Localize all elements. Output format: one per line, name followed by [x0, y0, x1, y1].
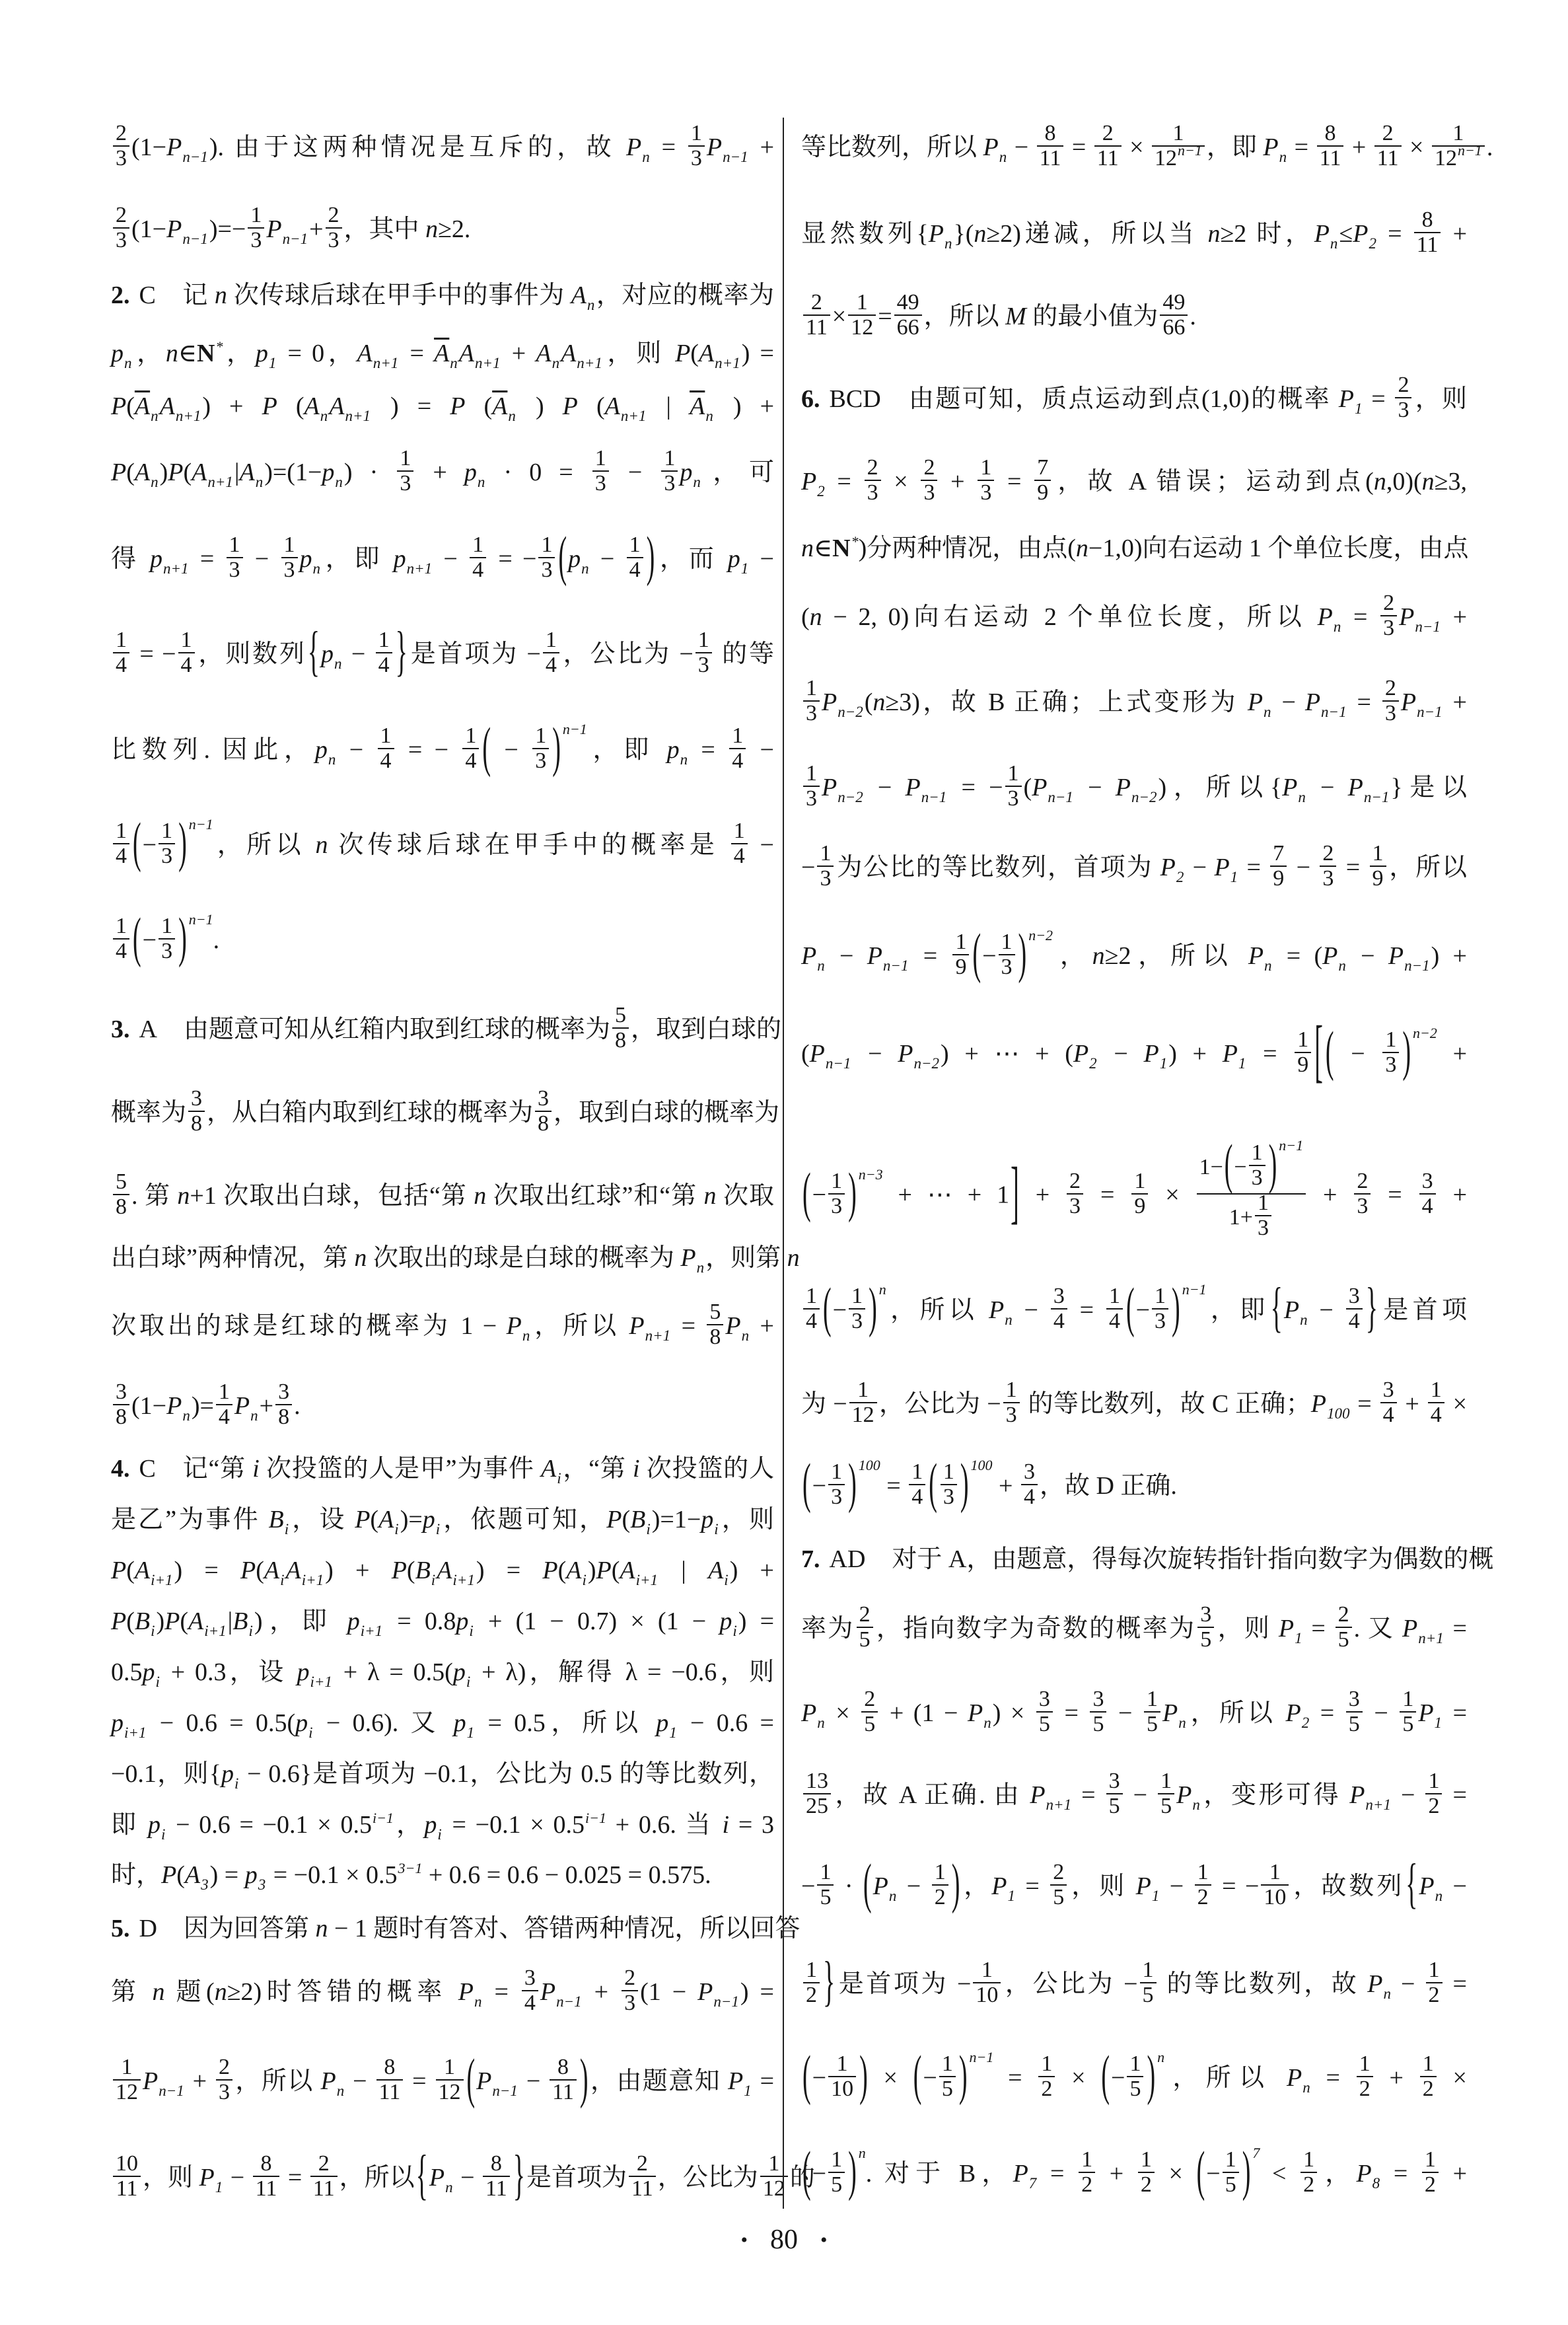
text-run: ，故 A 错误；运动到点( — [1053, 468, 1374, 496]
fraction-denominator: 3 — [688, 147, 705, 170]
text-run: − — [1098, 1040, 1144, 1068]
fraction-numerator: 3 — [275, 1381, 292, 1405]
subscript: n−1 — [1417, 704, 1443, 720]
fraction-denominator: 5 — [861, 1713, 878, 1736]
text-run: ，所以 — [1188, 1699, 1286, 1727]
text-run: (1− — [131, 1392, 166, 1420]
fraction-denominator: 4 — [1051, 1310, 1067, 1333]
text-run: = — [190, 545, 225, 573]
math-variable: P — [476, 2067, 491, 2095]
text-run: ，而 — [656, 545, 728, 573]
math-fraction: 211 — [629, 2153, 656, 2200]
fraction-denominator: 3 — [113, 229, 129, 252]
math-variable: n — [873, 688, 885, 716]
question-number: 3. — [111, 1015, 130, 1043]
overlined-variable: A — [135, 392, 150, 420]
math-variable: A — [620, 1557, 635, 1584]
fraction-denominator: 5 — [1336, 1628, 1352, 1651]
text-run: ≥3, — [1435, 468, 1467, 496]
text-run: = — [651, 133, 686, 161]
text-run: − — [801, 854, 815, 881]
text-line: n∈N*)分两种情况，由点(n−1,0)向右运动 1 个单位长度，由点 — [801, 509, 1467, 588]
math-variable: A — [264, 1557, 279, 1584]
text-run: ，即 — [587, 736, 667, 764]
fraction-denominator: 10 — [973, 1983, 1001, 2007]
fraction-numerator: 3 — [1106, 1770, 1123, 1794]
text-run: 由题可知，质点运动到点(1,0)的概率 — [908, 385, 1339, 413]
math-variable: P — [991, 1872, 1007, 1900]
text-run: + — [1345, 133, 1372, 161]
delimiter: ( — [802, 1456, 811, 1512]
text-run: = − — [948, 774, 1003, 801]
fraction-denominator: 3 — [817, 867, 834, 890]
math-variable: n — [1374, 468, 1386, 496]
math-fraction: 14 — [543, 629, 559, 677]
math-variable: P — [1032, 774, 1047, 801]
math-fraction: 23 — [113, 204, 129, 252]
math-variable: P — [199, 2164, 215, 2192]
math-fraction: 811 — [376, 2056, 404, 2104]
text-run: − — [898, 1872, 929, 1900]
text-run: + — [993, 1472, 1019, 1500]
text-run: = −0.1 × 0.5 — [443, 1811, 585, 1839]
math-fraction: 13 — [159, 915, 175, 963]
fraction-denominator: 3 — [1380, 616, 1397, 640]
text-run: = — [1016, 1872, 1048, 1900]
text-run: 次取出的球是白球的概率为 — [367, 1244, 680, 1272]
subscript: 2 — [1176, 869, 1184, 885]
math-fraction: 811 — [253, 2153, 280, 2200]
subscript: n+1 — [645, 1327, 671, 1344]
delimiter: ) — [1242, 2144, 1251, 2199]
text-run: − — [519, 2067, 548, 2095]
fraction-numerator: 3 — [1380, 1379, 1397, 1403]
math-variable: P — [161, 1861, 176, 1889]
text-run: 出白球”两种情况，第 — [111, 1244, 354, 1272]
text-run: ) = — [210, 1861, 245, 1889]
math-variable: n — [474, 1182, 486, 1210]
text-run: 即 — [111, 1811, 148, 1839]
text-run: − — [1273, 688, 1305, 716]
text-run: ) = — [740, 1978, 774, 2006]
text-run: ，故 A 正确. 由 — [833, 1781, 1030, 1809]
math-fraction: 13 — [828, 1461, 845, 1508]
math-variable: B — [135, 1607, 150, 1635]
text-run: = — [1342, 603, 1378, 631]
text-run: − — [982, 942, 996, 970]
fraction-denominator: 12 — [849, 1403, 877, 1426]
math-variable: P — [898, 1040, 913, 1068]
text-run: + λ = 0.5( — [334, 1658, 453, 1686]
question-number: 7. — [801, 1545, 820, 1573]
fraction-numerator: 1 — [216, 1381, 232, 1405]
math-fraction: 13 — [695, 629, 712, 677]
delimiter: ) — [848, 1456, 857, 1512]
text-run: = — [400, 340, 434, 367]
text-line: (n − 2, 0)向右运动 2 个单位长度，所以 Pn = 23Pn−1 + — [801, 577, 1467, 657]
fraction-denominator: 4 — [1106, 1310, 1123, 1333]
math-variable: P — [1318, 603, 1333, 631]
subscript: n — [581, 560, 589, 577]
text-run: − — [812, 1472, 826, 1500]
delimiter: ) — [1172, 1280, 1180, 1336]
math-fraction: 23 — [865, 457, 881, 504]
math-fraction: 23 — [1067, 1170, 1083, 1218]
math-variable: P — [697, 1978, 713, 2006]
text-run: − 0.6). 又 — [314, 1709, 454, 1737]
math-variable: P — [266, 215, 281, 243]
text-run: − — [590, 545, 625, 573]
delimiter: ) — [647, 529, 655, 585]
text-run: × — [1150, 1181, 1194, 1209]
text-run: (1− — [131, 133, 166, 161]
bracket-delimiter: ] — [1011, 1158, 1019, 1228]
text-line: 3.A由题意可知从红箱内取到红球的概率为58，取到白球的 — [111, 990, 774, 1069]
text-run: − — [143, 926, 157, 954]
fraction-numerator: 1 — [376, 629, 392, 653]
text-run: ，公比为 − — [561, 640, 694, 668]
fraction-denominator: 4 — [522, 1991, 538, 2014]
math-variable: n — [153, 1978, 165, 2006]
math-variable: n — [425, 215, 438, 243]
fraction-denominator: 11 — [253, 2177, 280, 2200]
text-run: − — [833, 1296, 847, 1324]
text-run: )=− — [209, 215, 246, 243]
fraction-denominator: 9 — [1295, 1053, 1311, 1076]
delimiter: ) — [1147, 2048, 1155, 2104]
math-fraction: 811 — [1414, 209, 1441, 256]
fraction-denominator: 11 — [1317, 147, 1344, 170]
math-variable: P — [1402, 1615, 1417, 1642]
fraction-numerator: 1 — [1106, 1285, 1123, 1310]
exponent: 100 — [971, 1457, 993, 1473]
left-column: 23(1−Pn−1). 由于这两种情况是互斥的，故 Pn = 13Pn−1 +2… — [111, 0, 774, 2325]
text-run: − — [1336, 1040, 1381, 1068]
exponent: n−3 — [859, 1166, 883, 1183]
subscript: n — [705, 408, 713, 424]
subscript: n — [151, 408, 159, 424]
page-number-right-dot: • — [820, 2229, 828, 2251]
fraction-denominator: 2 — [1422, 2173, 1439, 2196]
text-run: = — [996, 468, 1032, 496]
text-line: 6.BCD由题可知，质点运动到点(1,0)的概率 P1 = 23，则 — [801, 359, 1467, 439]
text-run: )，即 — [254, 1607, 347, 1635]
text-line: 比数列. 因此，pn − 14 = − 14( − 13)n−1，即 pn = … — [111, 710, 774, 790]
math-variable: A — [378, 1506, 394, 1533]
math-variable: i — [723, 1811, 730, 1839]
text-run: = 0， — [277, 340, 357, 367]
exponent: n−1 — [1279, 1137, 1303, 1154]
text-line: Pn × 25 + (1 − Pn) × 35 = 35 − 15Pn，所以 P… — [801, 1674, 1467, 1753]
fraction-denominator: 8 — [535, 1112, 552, 1135]
fraction-denominator: 3 — [695, 653, 712, 677]
text-run: )=(1− — [264, 459, 322, 486]
exponent: n−1 — [189, 816, 213, 832]
math-fraction: 35 — [1106, 1770, 1123, 1818]
fraction-denominator: 1+13 — [1197, 1195, 1306, 1243]
text-run: 比数列. 因此， — [111, 736, 315, 764]
fraction-numerator: 2 — [1050, 1861, 1067, 1886]
fraction-numerator: 5 — [113, 1171, 129, 1195]
fraction-denominator: 4 — [627, 558, 643, 581]
fraction-denominator: 25 — [803, 1794, 831, 1818]
answer-choice: A — [139, 1015, 157, 1043]
fraction-numerator: 1 — [1138, 2149, 1155, 2173]
fraction-denominator: 3 — [227, 558, 243, 581]
text-run: )= — [400, 1506, 423, 1533]
fraction-numerator: 8 — [253, 2153, 280, 2177]
fraction-numerator: 2 — [1395, 374, 1411, 398]
delimiter: ( — [823, 1280, 832, 1336]
math-variable: i — [633, 1455, 640, 1483]
text-line: 13Pn−2(n≥3)，故 B 正确；上式变形为 Pn − Pn−1 = 23P… — [801, 663, 1467, 742]
text-line: 第 n 题(n≥2)时答错的概率 Pn = 34Pn−1 + 23(1 − Pn… — [111, 1952, 774, 2032]
text-run: ( — [622, 1506, 630, 1533]
subscript: n−2 — [837, 789, 863, 805]
fraction-denominator: 4 — [729, 749, 746, 772]
text-run: ) = — [372, 392, 450, 420]
math-variable: P — [1367, 1970, 1382, 1998]
text-run: + — [939, 468, 976, 496]
fraction-numerator: 49 — [1160, 291, 1188, 316]
text-run: − — [345, 2067, 374, 2095]
subscript: n+1 — [407, 560, 433, 577]
fraction-numerator: 1 — [817, 1861, 834, 1886]
math-variable: n — [215, 1978, 227, 2006]
fraction-numerator: 2 — [326, 204, 342, 229]
math-variable: P — [1286, 1699, 1301, 1727]
math-fraction: 112n−1 — [1432, 122, 1485, 170]
question-number: 4. — [111, 1455, 130, 1483]
text-run: ) · — [344, 459, 395, 486]
text-run: 得 — [111, 545, 150, 573]
math-variable: P — [1287, 2064, 1302, 2092]
subscript: n — [250, 1407, 258, 1424]
fraction-numerator: 1 — [543, 629, 559, 653]
text-run: − — [812, 1181, 826, 1209]
delimiter: ( — [133, 910, 141, 966]
text-run: ( — [865, 688, 873, 716]
text-run: − 2, 0)向右运动 2 个单位长度，所以 — [822, 603, 1318, 631]
fraction-numerator: 2 — [113, 204, 129, 229]
subscript: 1 — [1160, 1055, 1168, 1072]
text-run: − — [750, 545, 774, 573]
math-variable: p — [221, 1760, 234, 1788]
fraction-numerator: 1 — [1223, 2149, 1239, 2173]
fraction-denominator: 4 — [216, 1405, 232, 1428]
natural-numbers-symbol: N — [197, 340, 215, 367]
math-variable: P — [321, 2067, 336, 2095]
text-run: = − — [396, 736, 461, 764]
exponent: n−1 — [970, 2049, 994, 2065]
delimiter: ) — [580, 2051, 588, 2107]
math-variable: P — [1388, 942, 1404, 970]
fraction-numerator: 2 — [921, 457, 937, 481]
text-run: + — [186, 2067, 214, 2095]
text-run: + — [260, 1392, 273, 1420]
math-fraction: 112 — [849, 1379, 877, 1426]
math-fraction: 35 — [1036, 1688, 1053, 1736]
fraction-numerator: 1 — [1038, 2053, 1055, 2077]
fraction-numerator: 2 — [310, 2153, 338, 2177]
text-run: − — [1185, 854, 1214, 881]
delimiter: ( — [1225, 1137, 1233, 1193]
fraction-numerator: 1 — [803, 1959, 820, 1983]
answer-choice: D — [139, 1915, 157, 1942]
text-run: + — [1097, 2160, 1136, 2188]
math-variable: P — [1279, 1615, 1294, 1642]
math-variable: A — [561, 340, 576, 367]
subscript: n−1 — [182, 149, 208, 165]
math-variable: A — [541, 1455, 556, 1483]
math-variable: P — [1263, 133, 1278, 161]
fraction-denominator: 11 — [1094, 147, 1122, 170]
fraction-denominator: 3 — [1003, 1403, 1020, 1426]
math-fraction: 1−(−13)n−11+13 — [1197, 1145, 1306, 1243]
text-run: ≥2，所以 — [1105, 942, 1248, 970]
math-variable: P — [355, 1506, 370, 1533]
fraction-numerator: 13 — [803, 1770, 831, 1794]
text-run: + — [1442, 603, 1467, 631]
math-variable: P — [1162, 1699, 1178, 1727]
math-variable: P — [596, 1557, 612, 1584]
fraction-denominator: 5 — [1036, 1713, 1053, 1736]
fraction-numerator: 1 — [538, 534, 555, 558]
fraction-denominator: 3 — [622, 1991, 638, 2014]
math-variable: P — [1399, 603, 1414, 631]
math-fraction: 12 — [1038, 2053, 1055, 2100]
text-run: = — [689, 736, 727, 764]
natural-numbers-symbol: N — [832, 535, 850, 562]
fraction-denominator: 11 — [1037, 147, 1064, 170]
math-variable: p — [394, 545, 406, 573]
fraction-denominator: 66 — [1160, 316, 1188, 339]
math-variable: A — [135, 1557, 150, 1584]
math-variable: p — [295, 1709, 308, 1737]
text-run: = — [405, 2067, 433, 2095]
fraction-numerator: 7 — [1034, 457, 1051, 481]
text-run: + — [309, 215, 323, 243]
subscript: n−2 — [837, 704, 863, 720]
math-fraction: 112n−1 — [1152, 122, 1205, 170]
math-variable: P — [1160, 854, 1176, 881]
fraction-denominator: 10 — [1261, 1886, 1289, 1909]
text-run: = — [1363, 385, 1393, 413]
text-run: . 又 — [1354, 1615, 1402, 1642]
text-run: · 0 = — [486, 459, 590, 486]
fraction-denominator: 3 — [1395, 398, 1411, 422]
answer-choice: C — [139, 281, 156, 309]
text-run: − — [337, 736, 375, 764]
math-fraction: 34 — [1021, 1461, 1038, 1508]
subscript: n−1 — [713, 1993, 739, 2010]
math-variable: p — [150, 545, 162, 573]
math-variable: p — [701, 1506, 713, 1533]
delimiter: ( — [1126, 1280, 1135, 1336]
text-run: ) + — [325, 1557, 392, 1584]
text-run: − — [1289, 854, 1318, 881]
fraction-numerator: 5 — [612, 1004, 629, 1029]
fraction-denominator: 3 — [397, 472, 413, 495]
fraction-denominator: 11 — [803, 316, 830, 339]
math-fraction: 12 — [803, 1959, 820, 2007]
math-fraction: 34 — [1419, 1170, 1436, 1218]
math-variable: p — [347, 1607, 360, 1635]
text-run: = −0.1 × 0.5 — [267, 1861, 397, 1889]
delimiter: ( — [972, 926, 981, 982]
fraction-numerator: 2 — [1380, 592, 1397, 616]
fraction-numerator: 1 — [1127, 2053, 1143, 2077]
text-run: ) + — [730, 1557, 774, 1584]
subscript: n — [474, 1993, 482, 2010]
fraction-numerator: 1 — [397, 447, 413, 472]
math-fraction: 112 — [436, 2056, 464, 2104]
text-run: ，依题可知， — [441, 1506, 606, 1533]
fraction-numerator: 1 — [627, 534, 643, 558]
fraction-numerator: 3 — [1419, 1170, 1436, 1195]
page-number-left-dot: • — [740, 2229, 748, 2251]
fraction-numerator: 3 — [1346, 1688, 1363, 1713]
text-run: ，则第 — [705, 1244, 787, 1272]
text-run: . — [1487, 133, 1493, 161]
fraction-denominator: 4 — [1380, 1403, 1397, 1426]
math-variable: n — [810, 603, 822, 631]
text-run: − 0.6 = — [678, 1709, 774, 1737]
text-run: ，所以 — [234, 2067, 321, 2095]
text-run: + — [1399, 1390, 1426, 1418]
delimiter: ( — [1326, 1024, 1334, 1080]
math-fraction: 13 — [281, 534, 298, 581]
fraction-numerator: 1 — [178, 629, 195, 653]
subscript: 1 — [741, 560, 749, 577]
math-fraction: 14 — [470, 534, 486, 581]
math-variable: P — [1116, 774, 1131, 801]
text-run: = — [878, 303, 892, 330]
math-variable: P — [1418, 1699, 1433, 1727]
subscript: n — [1192, 1796, 1200, 1813]
text-run: 1− — [1199, 1155, 1223, 1179]
text-run: − 0.6 = −0.1 × 0.5 — [166, 1811, 372, 1839]
math-variable: P — [1248, 942, 1264, 970]
math-variable: n — [215, 281, 227, 309]
math-fraction: 12 — [1425, 1770, 1442, 1818]
math-variable: P — [725, 1312, 740, 1340]
fraction-denominator: 3 — [281, 558, 298, 581]
math-variable: A — [185, 1861, 200, 1889]
exponent: 100 — [859, 1457, 880, 1473]
fraction-numerator: 1 — [1003, 1379, 1020, 1403]
subscript: n — [335, 474, 343, 490]
math-fraction: 13 — [978, 457, 994, 504]
math-variable: P — [906, 774, 921, 801]
math-variable: n — [801, 535, 814, 562]
subscript: n — [445, 2179, 453, 2196]
bracket-delimiter: [ — [1314, 1017, 1323, 1087]
text-line: 出白球”两种情况，第 n 次取出的球是白球的概率为 Pn，则第 n — [111, 1218, 774, 1298]
delimiter: ( — [1197, 2144, 1205, 2199]
fraction-numerator: 1 — [1382, 1029, 1399, 1053]
delimiter: ( — [863, 1857, 872, 1912]
text-line: 1325，故 A 正确. 由 Pn+1 = 35 − 15Pn，变形可得 Pn+… — [801, 1755, 1467, 1835]
fraction-numerator: 1 — [436, 2056, 464, 2081]
subscript: n — [742, 1327, 750, 1344]
subscript: n — [151, 474, 159, 490]
text-run: )=1− — [652, 1506, 701, 1533]
math-fraction: 13 — [849, 1285, 865, 1333]
text-run: ( — [126, 1607, 135, 1635]
fraction-numerator: 1 — [1422, 2149, 1439, 2173]
text-run: = − — [1213, 1872, 1260, 1900]
